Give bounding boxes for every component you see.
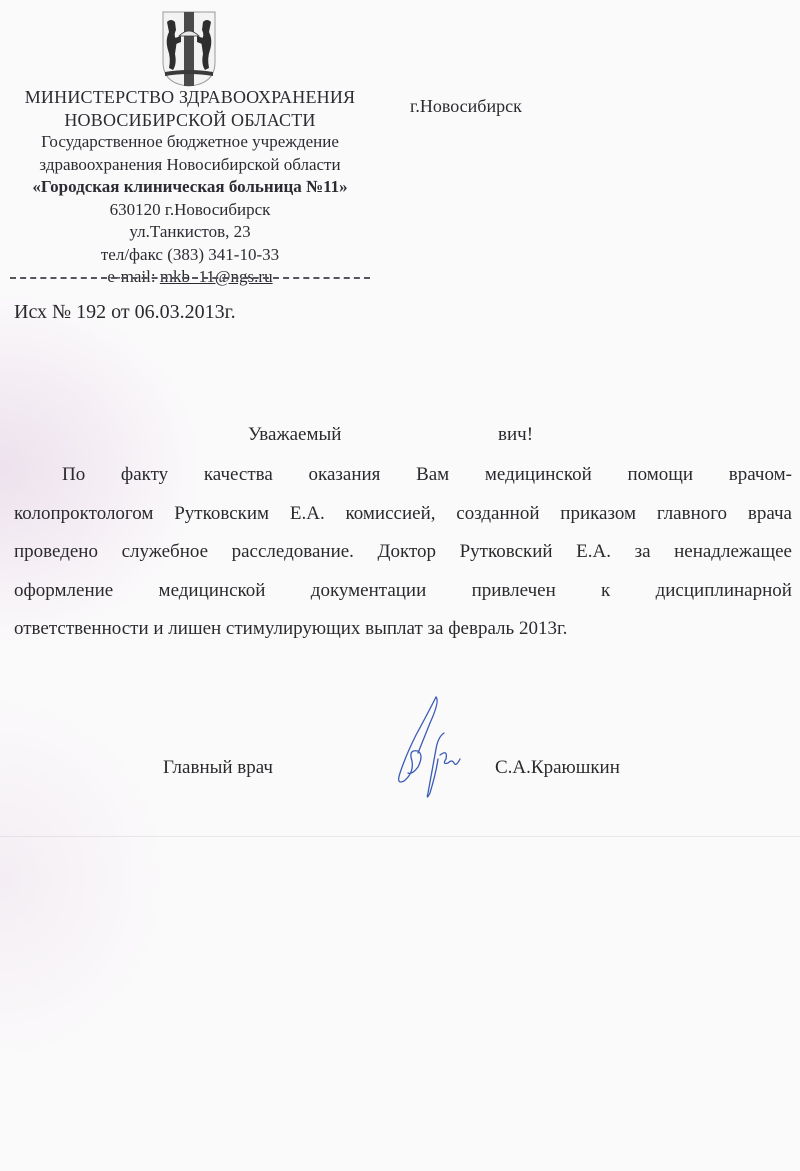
street-address: ул.Танкистов, 23 [0,221,380,244]
word: оформление [14,572,113,611]
handwritten-signature-icon [378,693,478,803]
word: комиссией, [346,495,436,534]
word: Рутковский [460,533,553,572]
word: оказания [309,456,381,495]
institution-line-2: здравоохранения Новосибирской области [0,154,380,177]
signatory-name: С.А.Краюшкин [495,757,620,779]
word: помощи [627,456,693,495]
word: документации [311,572,426,611]
word: Е.А. [290,495,325,534]
word: ответственности и лишен стимулирующих вы… [14,610,567,649]
city: г.Новосибирск [410,96,522,117]
word: врачом- [729,456,792,495]
word: привлечен [472,572,556,611]
paper-fold [0,836,800,837]
word: факту [121,456,168,495]
body-line: колопроктологом Рутковским Е.А. комиссие… [14,495,792,534]
word: медицинской [485,456,592,495]
ministry-line-2: НОВОСИБИРСКОЙ ОБЛАСТИ [0,109,380,132]
hospital-name: «Городская клиническая больница №11» [0,176,380,199]
body-line: По факту качества оказания Вам медицинск… [14,456,792,495]
word: ненадлежащее [674,533,792,572]
coat-of-arms-icon [161,10,217,88]
word: Вам [416,456,449,495]
header-divider [10,277,370,279]
word: главного [657,495,727,534]
institution-line-1: Государственное бюджетное учреждение [0,131,380,154]
word: Рутковским [174,495,269,534]
word: врача [748,495,792,534]
word: колопроктологом [14,495,153,534]
postal-address: 630120 г.Новосибирск [0,199,380,222]
word: служебное [122,533,208,572]
word: приказом [560,495,636,534]
word: Доктор [378,533,437,572]
outgoing-reference: Исх № 192 от 06.03.2013г. [14,301,236,324]
word: По [62,456,85,495]
phone-fax: тел/факс (383) 341-10-33 [0,244,380,267]
word: качества [204,456,273,495]
body-line: проведено служебное расследование. Докто… [14,533,792,572]
ministry-line-1: МИНИСТЕРСТВО ЗДРАВООХРАНЕНИЯ [0,86,380,109]
body-line: оформление медицинской документации прив… [14,572,792,611]
word: к [601,572,610,611]
letterhead: МИНИСТЕРСТВО ЗДРАВООХРАНЕНИЯ НОВОСИБИРСК… [0,86,380,289]
signatory-title: Главный врач [163,757,273,779]
word: проведено [14,533,98,572]
letter-body: По факту качества оказания Вам медицинск… [14,456,792,649]
body-line: ответственности и лишен стимулирующих вы… [14,610,792,649]
word: дисциплинарной [656,572,792,611]
word: Е.А. [576,533,611,572]
word: медицинской [159,572,266,611]
word: созданной [456,495,539,534]
word: за [635,533,651,572]
word: расследование. [232,533,354,572]
greeting-patronymic-ending: вич! [498,424,533,446]
greeting-salutation: Уважаемый [248,424,341,446]
